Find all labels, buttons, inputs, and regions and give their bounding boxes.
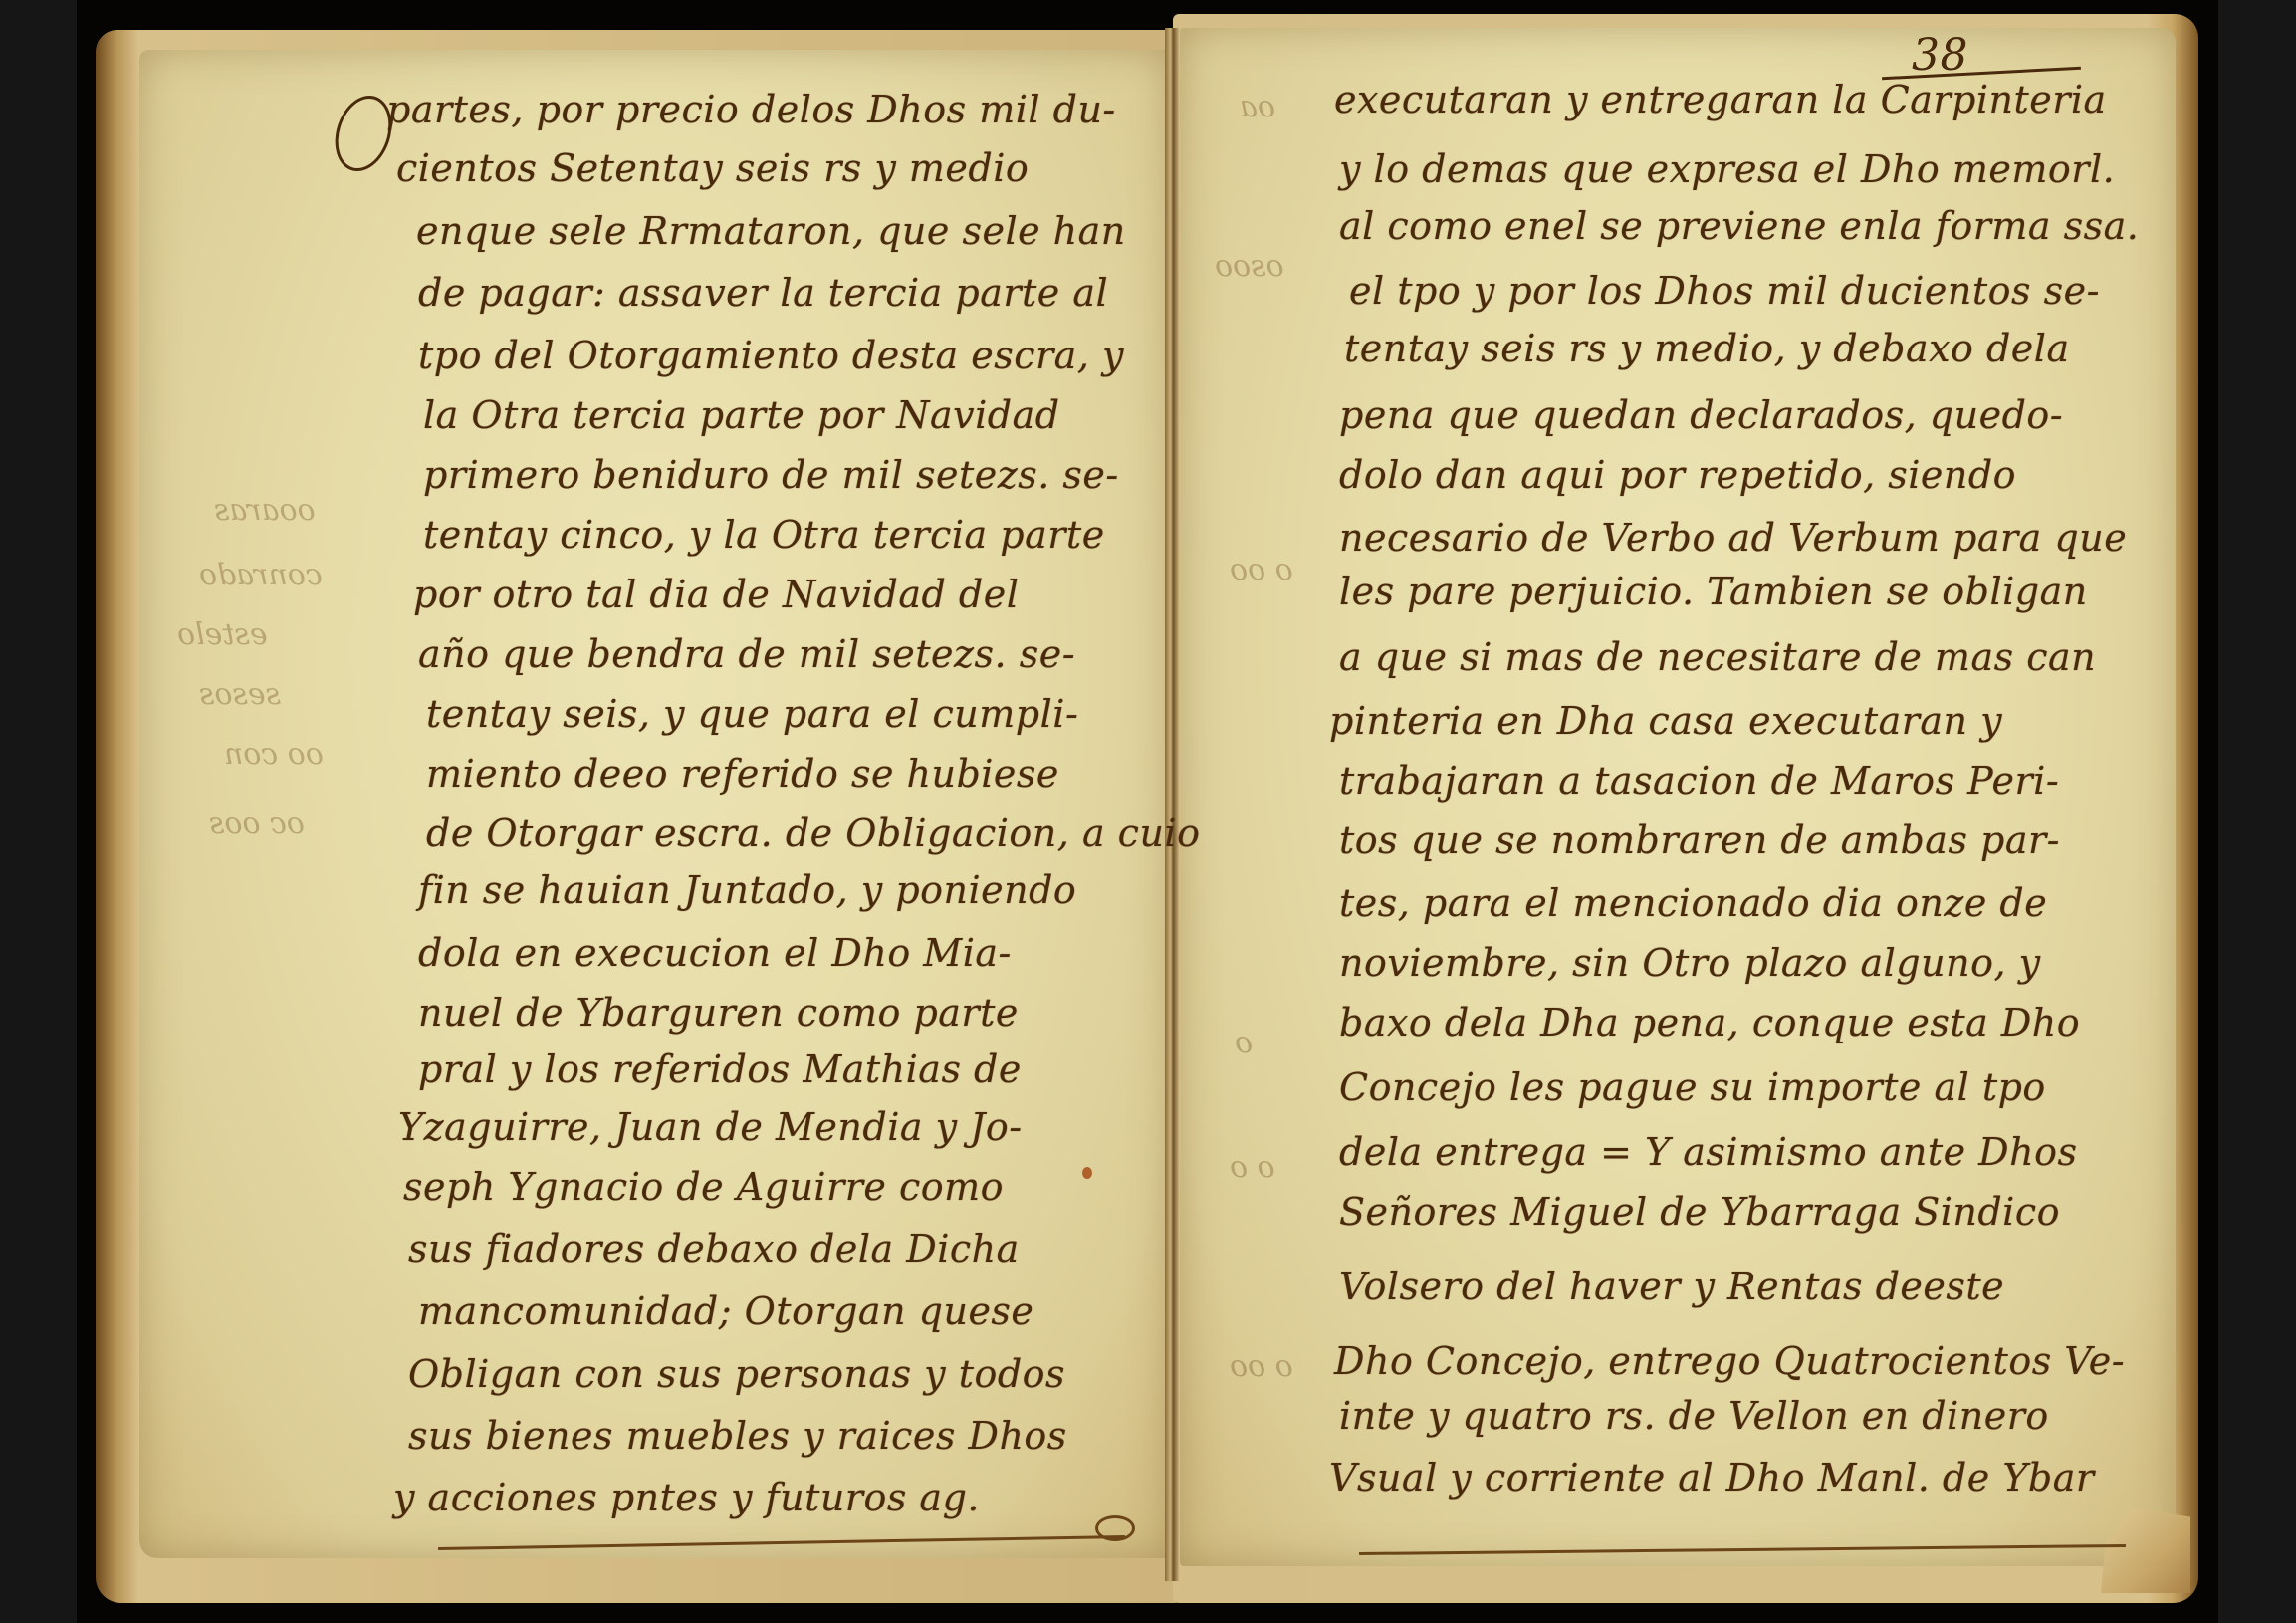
manuscript-line: seph Ygnacio de Aguirre como [403,1165,1004,1209]
manuscript-line: pral y los referidos Mathias de [418,1047,1022,1091]
manuscript-line: sus fiadores debaxo dela Dicha [408,1227,1020,1271]
manuscript-line: executaran y entregaran la Carpinteria [1334,78,2107,121]
manuscript-line: Obligan con sus personas y todos [408,1352,1065,1396]
bleed-text: oc oos [209,807,305,841]
viewer-side-band-right [2218,0,2296,1623]
manuscript-line: tentay seis rs y medio, y debaxo dela [1344,327,2070,370]
closing-flourish-icon [1095,1515,1135,1541]
manuscript-line: Yzaguirre, Juan de Mendia y Jo- [398,1105,1023,1149]
manuscript-line: de pagar: assaver la tercia parte al [418,271,1108,315]
bleed-text: o o [1230,1150,1275,1185]
bleed-text: oa [1240,90,1275,124]
bleed-text: o oo [1230,553,1293,587]
bleed-text: o [1235,1026,1253,1060]
manuscript-line: por otro tal dia de Navidad del [413,573,1019,616]
manuscript-line: al como enel se previene enla forma ssa. [1339,204,2139,248]
manuscript-line: Señores Miguel de Ybarraga Sindico [1339,1190,2060,1234]
bleed-text: estelo [177,617,268,652]
manuscript-line: fin se hauian Juntado, y poniendo [418,868,1076,912]
manuscript-line: la Otra tercia parte por Navidad [423,393,1060,437]
viewer-side-band-left [0,0,77,1623]
manuscript-line: Vsual y corriente al Dho Manl. de Ybar [1329,1456,2095,1500]
manuscript-line: dola en execucion el Dho Mia- [418,931,1012,975]
bleed-text: osoo [1215,249,1284,284]
manuscript-line: sus bienes muebles y raices Dhos [408,1414,1067,1458]
manuscript-line: tes, para el mencionado dia onze de [1339,881,2047,925]
manuscript-line: nuel de Ybarguren como parte [418,991,1019,1035]
manuscript-line: trabajaran a tasacion de Maros Peri- [1339,759,2059,803]
bleed-text: ooaras [214,493,316,528]
manuscript-line: el tpo y por los Dhos mil ducientos se- [1349,269,2100,313]
bleed-text: sesos [199,677,281,712]
manuscript-line: Concejo les pague su importe al tpo [1339,1065,2046,1109]
book-gutter [1165,28,1179,1581]
manuscript-line: partes, por precio delos Dhos mil du- [386,88,1116,131]
manuscript-line: y lo demas que expresa el Dho memorl. [1339,147,2115,191]
manuscript-line: pena que quedan declarados, quedo- [1339,393,2063,437]
manuscript-line: enque sele Rrmataron, que sele han [416,209,1126,253]
manuscript-line: Dho Concejo, entrego Quatrocientos Ve- [1334,1339,2125,1383]
manuscript-line: pinteria en Dha casa executaran y [1329,699,2002,743]
manuscript-line: mancomunidad; Otorgan quese [418,1289,1033,1333]
document-viewer: 38 ooaras conrado estelo sesos oo con oc… [0,0,2296,1623]
manuscript-line: tpo del Otorgamiento desta escra, y [418,334,1124,377]
manuscript-line: y acciones pntes y futuros ag. [393,1476,980,1519]
manuscript-line: a que si mas de necesitare de mas can [1339,635,2096,679]
ink-stain [1082,1167,1092,1179]
manuscript-line: dolo dan aqui por repetido, siendo [1339,453,2016,497]
manuscript-line: les pare perjuicio. Tambien se obligan [1339,570,2088,613]
manuscript-line: miento deeo referido se hubiese [426,752,1059,796]
manuscript-line: baxo dela Dha pena, conque esta Dho [1339,1001,2080,1044]
bleed-text: o oo [1230,1349,1293,1384]
manuscript-line: tos que se nombraren de ambas par- [1339,818,2060,862]
bleed-text: conrado [199,558,323,592]
manuscript-line: noviembre, sin Otro plazo alguno, y [1339,941,2041,985]
bleed-text: oo con [224,737,324,772]
manuscript-line: de Otorgar escra. de Obligacion, a cuio [426,811,1200,855]
manuscript-line: tentay cinco, y la Otra tercia parte [423,513,1105,557]
manuscript-line: Volsero del haver y Rentas deeste [1339,1265,2004,1308]
manuscript-line: tentay seis, y que para el cumpli- [426,692,1078,736]
manuscript-line: dela entrega = Y asimismo ante Dhos [1339,1130,2078,1174]
manuscript-line: cientos Setentay seis rs y medio [396,146,1029,190]
manuscript-line: primero beniduro de mil setezs. se- [423,453,1119,497]
manuscript-line: inte y quatro rs. de Vellon en dinero [1339,1394,2049,1438]
manuscript-line: necesario de Verbo ad Verbum para que [1339,516,2127,560]
manuscript-line: año que bendra de mil setezs. se- [418,632,1075,676]
